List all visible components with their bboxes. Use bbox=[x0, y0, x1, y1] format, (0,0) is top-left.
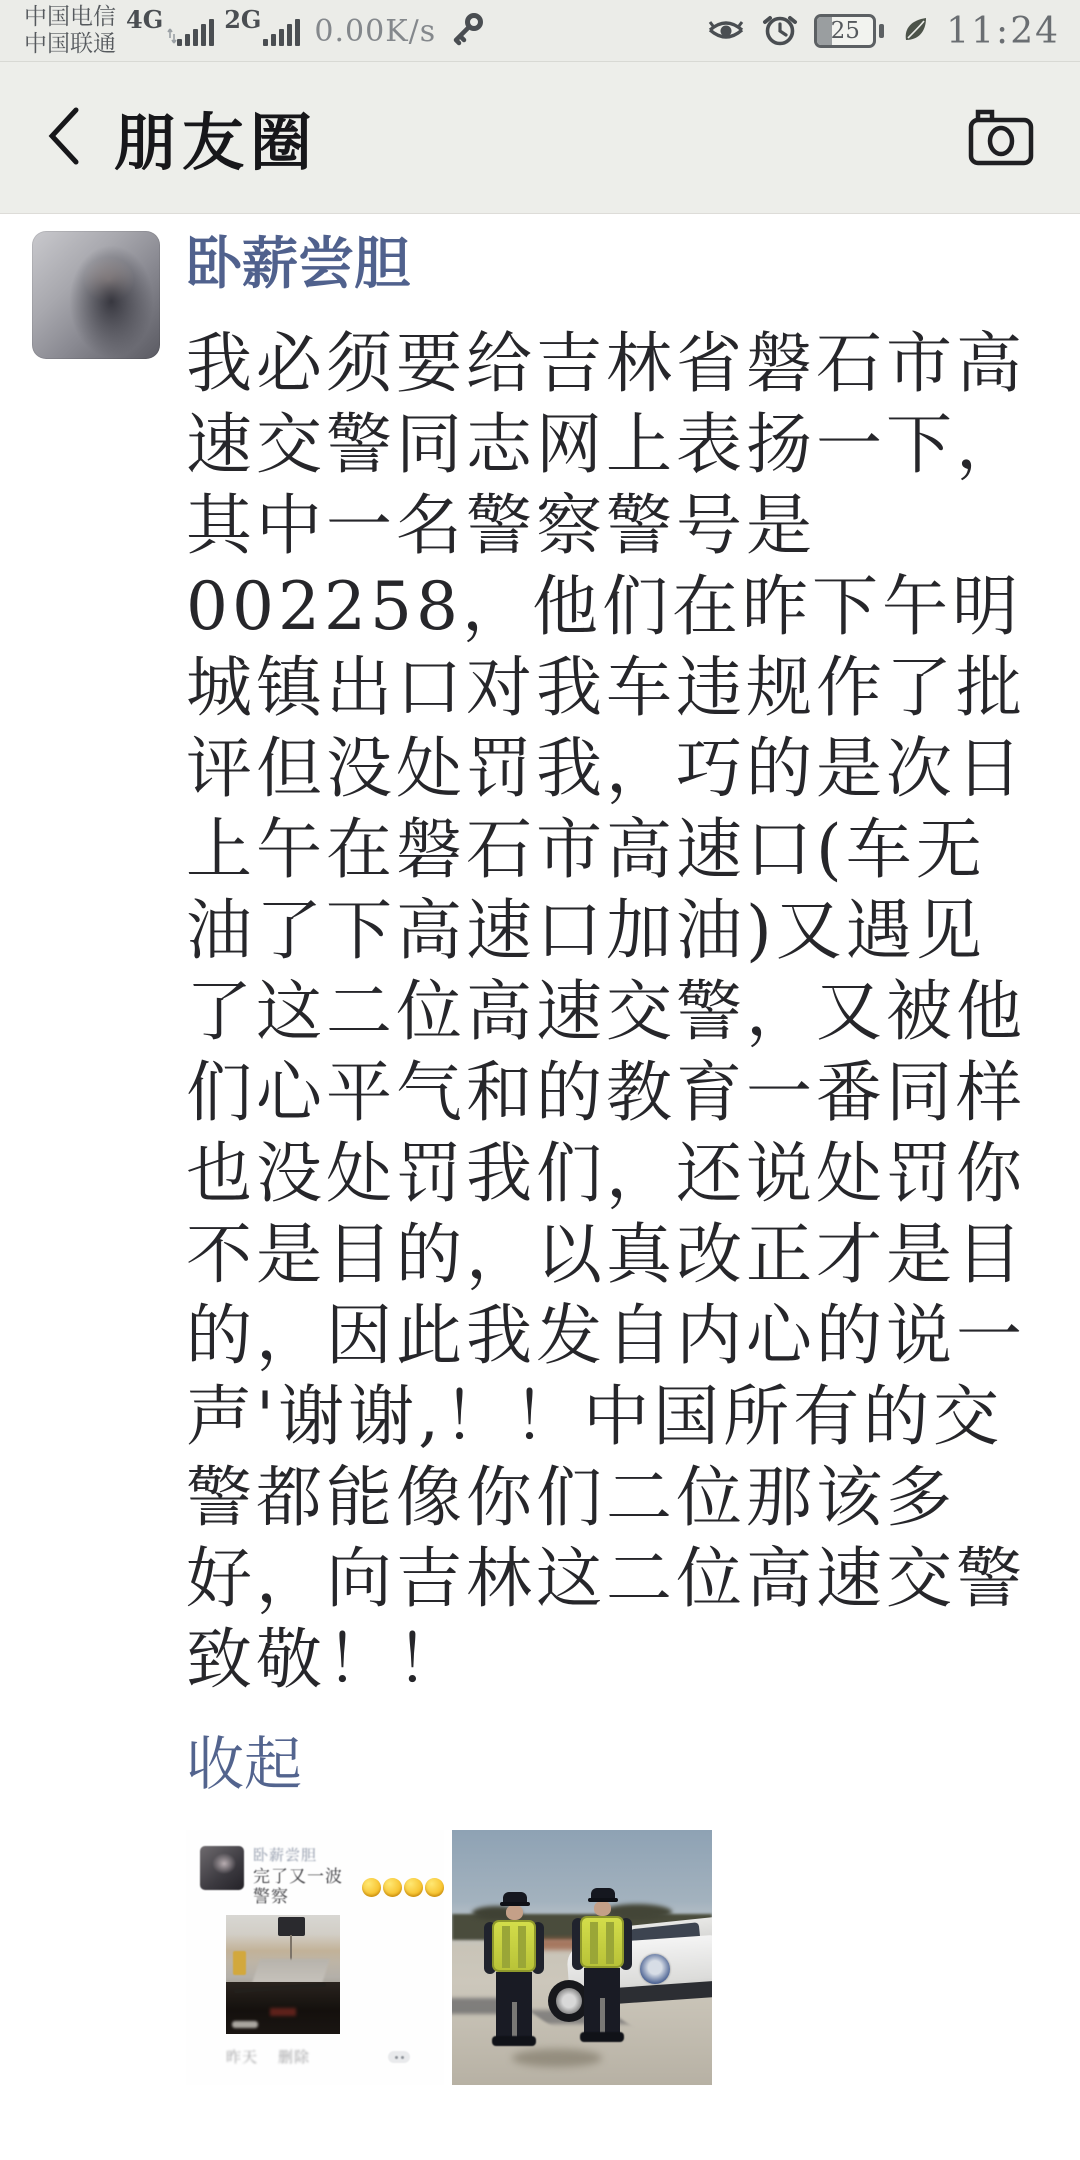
toll-booth-shape bbox=[233, 1951, 246, 1975]
collapse-link[interactable]: 收起 bbox=[186, 1728, 302, 1800]
avatar[interactable] bbox=[32, 231, 160, 359]
sim2-network-label: 2G bbox=[224, 5, 261, 34]
laughing-emoji-icon bbox=[404, 1878, 423, 1897]
moments-post: 卧薪尝胆 我必须要给吉林省磐石市高速交警同志网上表扬一下，其中一名警察警号是00… bbox=[0, 215, 1080, 2085]
battery-tip bbox=[879, 24, 884, 38]
mini-dashboard-photo bbox=[226, 1915, 340, 2034]
post-username[interactable]: 卧薪尝胆 bbox=[186, 229, 1046, 299]
police-emblem-shape bbox=[640, 1954, 670, 1984]
alarm-clock-icon bbox=[762, 11, 798, 51]
power-saving-leaf-icon bbox=[900, 14, 930, 48]
data-updown-arrows-icon bbox=[167, 28, 177, 44]
status-bar: 中国电信 中国联通 4G 2G 0.00K/s bbox=[0, 0, 1080, 62]
nav-bar: 朋友圈 bbox=[0, 62, 1080, 214]
eye-protection-icon bbox=[706, 14, 746, 48]
battery-body: 25 bbox=[814, 14, 876, 48]
battery-percent-label: 25 bbox=[817, 18, 873, 44]
carrier-1-label: 中国电信 bbox=[24, 4, 116, 31]
sim2-signal: 2G bbox=[224, 16, 300, 46]
key-icon bbox=[450, 12, 484, 50]
mini-footer-timestamp: 昨天 bbox=[226, 2046, 258, 2067]
mini-avatar bbox=[200, 1846, 244, 1890]
road-shape bbox=[252, 1959, 330, 1983]
post-attachments: 卧薪尝胆 完了又一波警察 bbox=[186, 1830, 1046, 2085]
carrier-labels: 中国电信 中国联通 bbox=[24, 4, 116, 58]
sim2-signal-bars-icon bbox=[263, 16, 300, 46]
mini-more-actions-icon bbox=[388, 2051, 410, 2063]
sim1-signal: 4G bbox=[126, 16, 214, 46]
back-chevron-icon bbox=[46, 106, 80, 170]
mini-footer-delete: 删除 bbox=[278, 2046, 310, 2067]
mini-caption: 完了又一波警察 bbox=[253, 1867, 360, 1907]
battery-indicator: 25 bbox=[814, 14, 884, 48]
police-officer-figure bbox=[574, 1888, 630, 2052]
laughing-emoji-icon bbox=[383, 1878, 402, 1897]
post-body-text: 我必须要给吉林省磐石市高速交警同志网上表扬一下，其中一名警察警号是002258，… bbox=[186, 323, 1046, 1700]
camera-icon bbox=[968, 151, 1034, 170]
watermark-shape bbox=[232, 2021, 258, 2028]
network-speed-label: 0.00K/s bbox=[314, 14, 436, 49]
clock-label: 11:24 bbox=[946, 11, 1060, 52]
back-button[interactable] bbox=[46, 106, 80, 170]
sim1-signal-bars-icon bbox=[177, 16, 214, 46]
mini-username: 卧薪尝胆 bbox=[253, 1846, 444, 1864]
dashboard-light-shape bbox=[270, 2008, 296, 2016]
screenshot-thumbnail[interactable]: 卧薪尝胆 完了又一波警察 bbox=[186, 1830, 444, 2085]
sim1-network-label: 4G bbox=[126, 5, 163, 34]
police-photo[interactable] bbox=[452, 1830, 712, 2085]
road-sign-shape bbox=[278, 1917, 305, 1936]
camera-button[interactable] bbox=[968, 108, 1034, 170]
police-officer-figure bbox=[486, 1892, 542, 2056]
laughing-emoji-icon bbox=[425, 1878, 444, 1897]
laughing-emoji-icon bbox=[362, 1878, 381, 1897]
page-title: 朋友圈 bbox=[114, 93, 318, 182]
carrier-2-label: 中国联通 bbox=[24, 31, 116, 58]
